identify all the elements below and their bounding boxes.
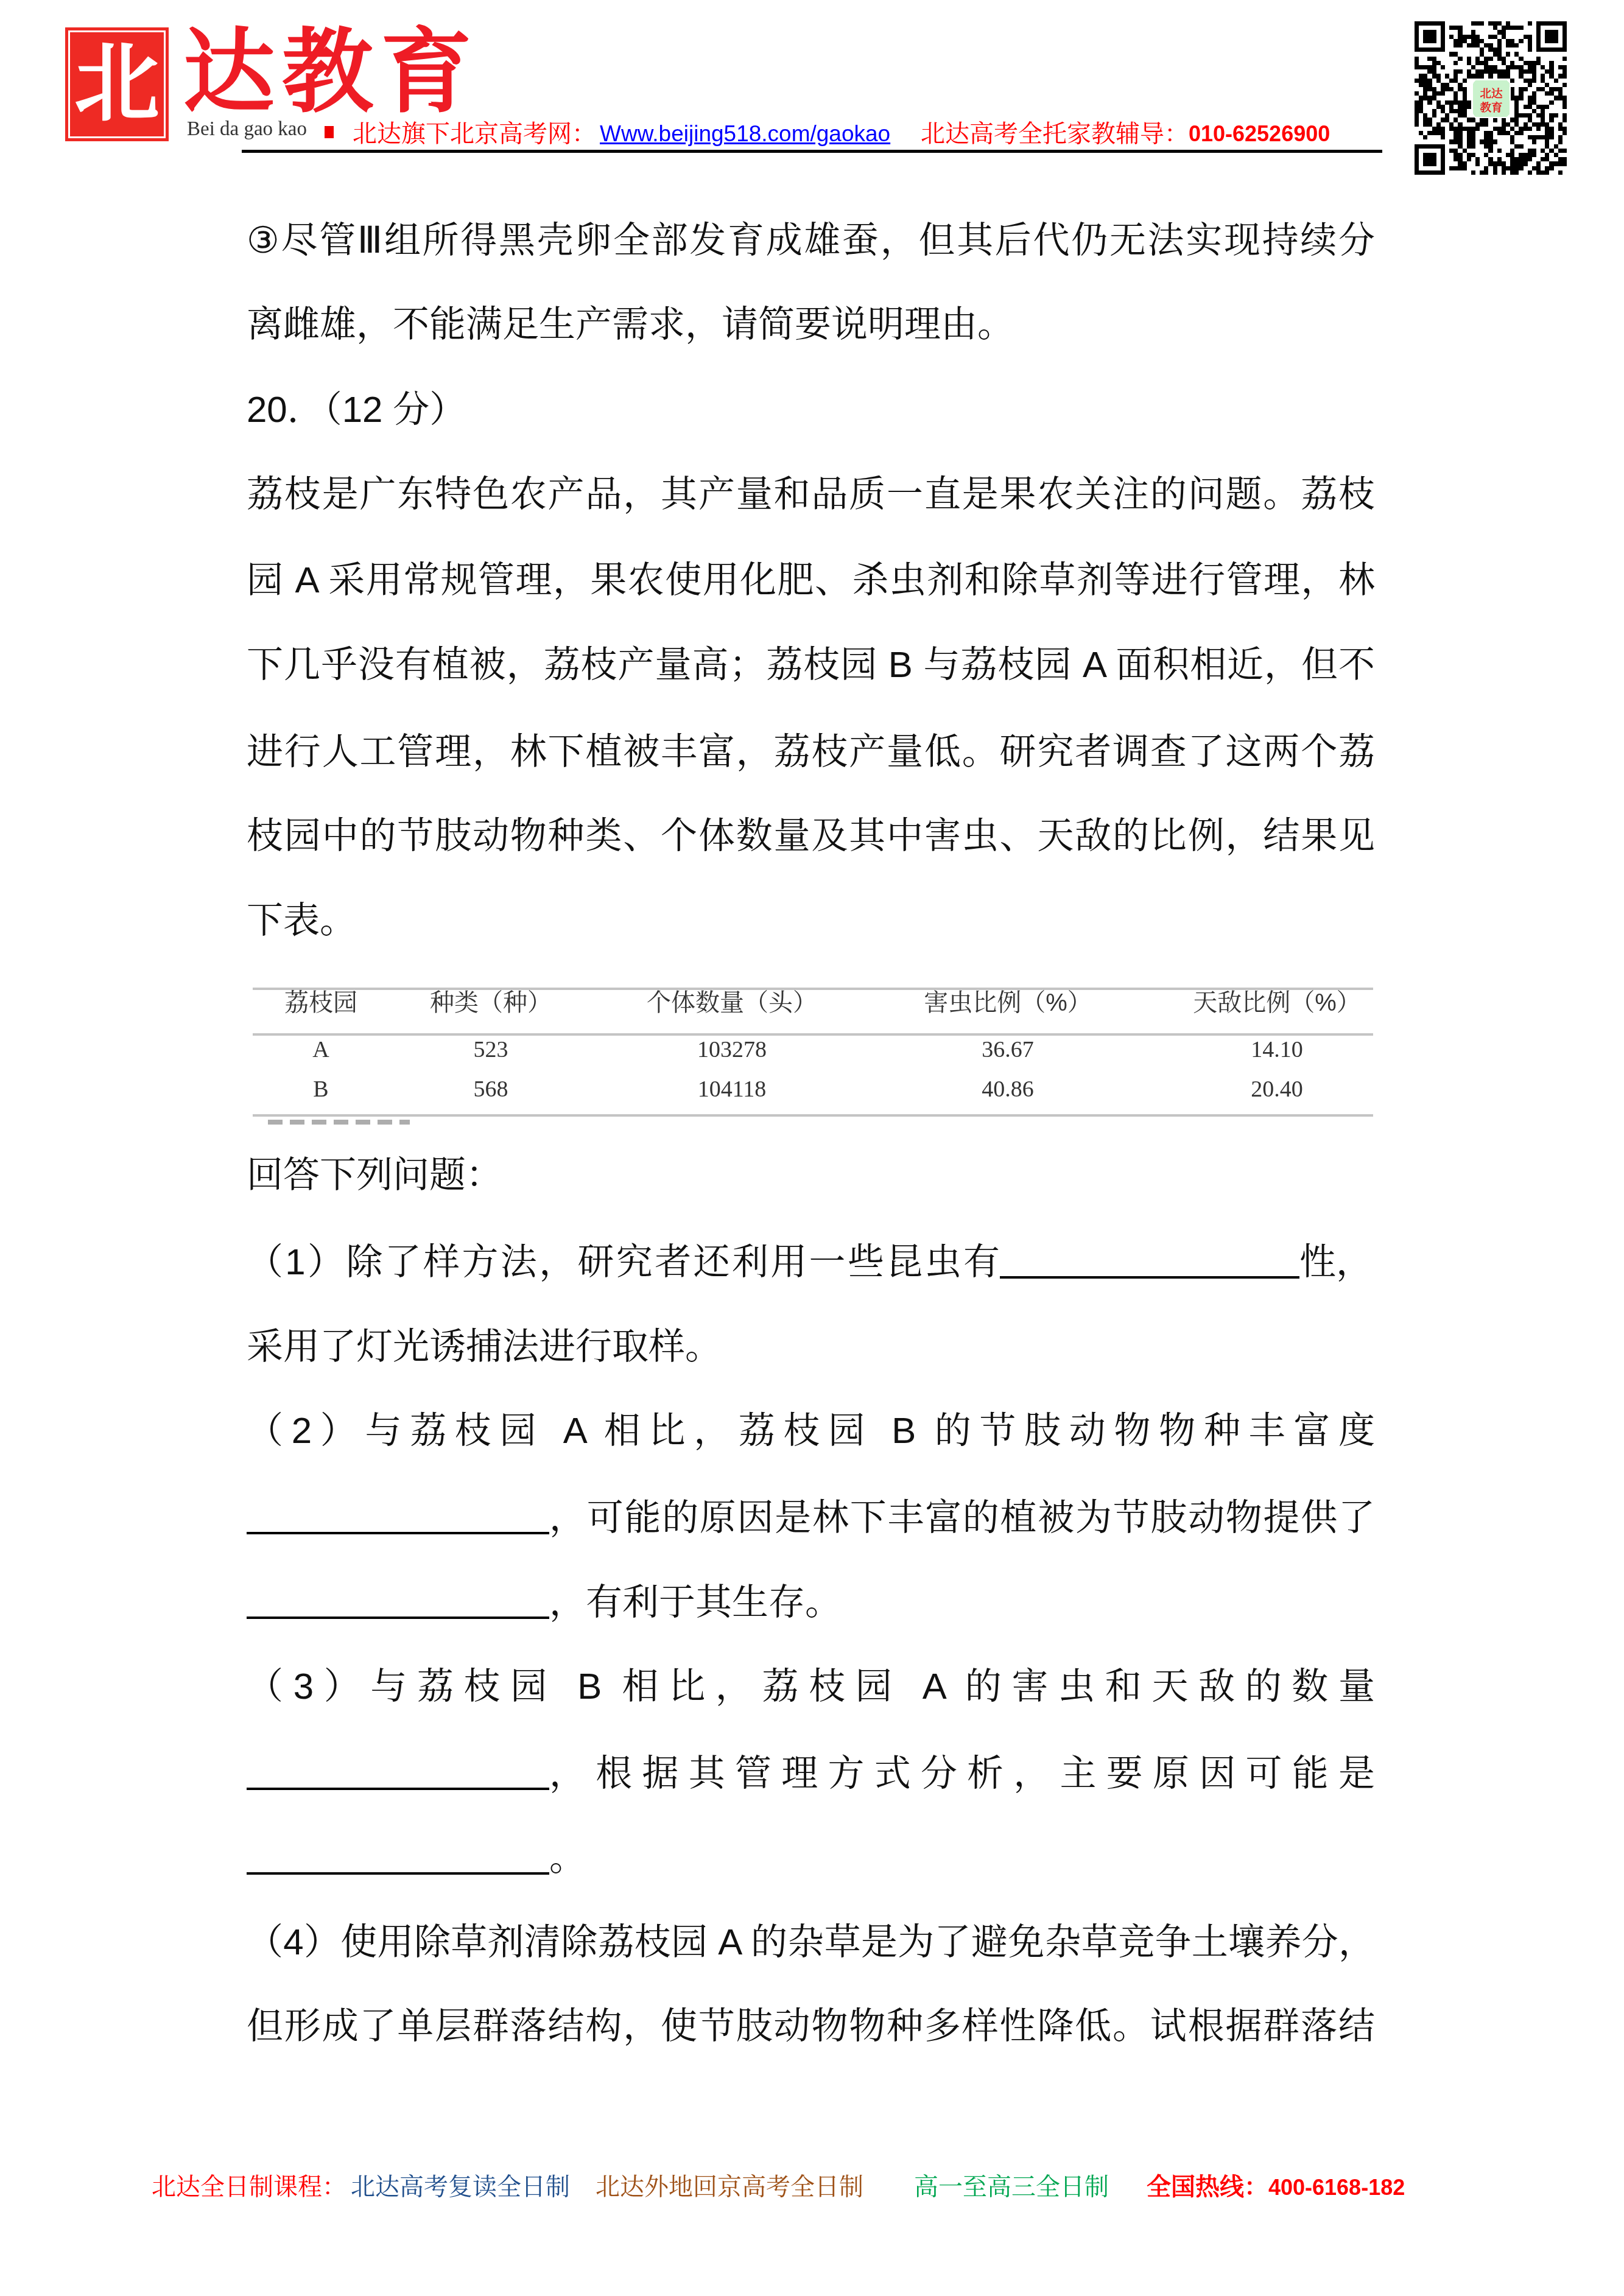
- table-cell: B: [253, 1077, 389, 1101]
- question-line: 。: [247, 1834, 1375, 1883]
- question-2-line: （2）与荔枝园 A 相比，荔枝园 B 的节肢动物物种丰富度: [247, 1406, 1375, 1455]
- passage-line: 枝园中的节肢动物种类、个体数量及其中害虫、天敌的比例，结果见: [247, 812, 1375, 860]
- site-label: 北达旗下北京高考网：: [353, 121, 596, 147]
- question-line: 但形成了单层群落结构，使节肢动物物种多样性降低。试根据群落结: [247, 2002, 1375, 2051]
- column-header-enemy-ratio: 天敌比例（%）: [1144, 991, 1410, 1015]
- column-header-individuals: 个体数量（头）: [592, 991, 871, 1015]
- passage-line: 荔枝是广东特色农产品，其产量和品质一直是果农关注的问题。荔枝: [247, 470, 1375, 519]
- answer-blank: [247, 1834, 549, 1875]
- answer-blank: [247, 1494, 549, 1534]
- footer-course-grades: 高一至高三全日制: [914, 2174, 1109, 2200]
- question-text: 。: [549, 1834, 586, 1883]
- passage-line: 下表。: [247, 896, 1375, 945]
- logo-seal-char: 北: [70, 32, 164, 136]
- question-3-line: （3）与荔枝园 B 相比，荔枝园 A 的害虫和天敌的数量: [247, 1662, 1375, 1711]
- question-number: 20．（12 分）: [247, 385, 1375, 434]
- previous-question-line: ③尽管Ⅲ组所得黑壳卵全部发育成雄蚕，但其后代仍无法实现持续分: [247, 216, 1375, 265]
- question-line: ，根据其管理方式分析，主要原因可能是: [247, 1749, 1375, 1798]
- question-4-line: （4）使用除草剂清除荔枝园 A 的杂草是为了避免杂草竞争土壤养分，: [247, 1918, 1375, 1967]
- question-text: ，根据其管理方式分析，主要原因可能是: [549, 1749, 1375, 1798]
- questions-intro: 回答下列问题：: [247, 1151, 1375, 1199]
- footer-hotline-number: 400-6168-182: [1268, 2175, 1405, 2200]
- logo-brand-text: 达教育: [183, 27, 479, 119]
- question-line: ，可能的原因是林下丰富的植被为节肢动物提供了: [247, 1494, 1375, 1542]
- question-text: ，有利于其生存。: [549, 1578, 842, 1627]
- table-cell: 523: [389, 1037, 592, 1062]
- table-cell: 103278: [592, 1037, 871, 1062]
- answer-blank: [1000, 1238, 1299, 1279]
- table-cell: 14.10: [1144, 1037, 1410, 1062]
- header-rule: [242, 150, 1382, 153]
- column-header-species: 种类（种）: [389, 991, 592, 1015]
- footer-courses-label: 北达全日制课程：: [152, 2174, 346, 2200]
- table-cell: 104118: [592, 1077, 871, 1101]
- table-cell: 20.40: [1144, 1077, 1410, 1101]
- footer-hotline: 全国热线：400-6168-182: [1147, 2174, 1405, 2200]
- answer-blank: [247, 1749, 549, 1790]
- footer-course-return: 北达外地回京高考全日制: [596, 2174, 863, 2200]
- qr-center-text-line2: 教育: [1480, 101, 1503, 114]
- table-cell: A: [253, 1037, 389, 1062]
- table-cell: 36.67: [871, 1037, 1144, 1062]
- question-text: 性，: [1299, 1238, 1373, 1287]
- passage-line: 园 A 采用常规管理，果农使用化肥、杀虫剂和除草剂等进行管理，林: [247, 556, 1375, 605]
- table-row: A 523 103278 36.67 14.10: [253, 1037, 1410, 1062]
- table-header-rule: [253, 1033, 1373, 1036]
- answer-blank: [247, 1578, 549, 1619]
- clipped-caption-remnant: [268, 1120, 410, 1125]
- survey-table: 荔枝园 种类（种） 个体数量（头） 害虫比例（%） 天敌比例（%） A 523 …: [253, 974, 1410, 1132]
- footer-course-repeat: 北达高考复读全日制: [351, 2174, 570, 2200]
- question-text: （1）除了样方法，研究者还利用一些昆虫有: [247, 1238, 1000, 1287]
- table-cell: 568: [389, 1077, 592, 1101]
- tutoring-phone: 010-62526900: [1189, 121, 1330, 147]
- table-bottom-rule: [253, 1114, 1373, 1117]
- logo-seal: 北: [65, 27, 169, 141]
- site-url-link[interactable]: Www.beijing518.com/gaokao: [600, 121, 890, 147]
- table-row: B 568 104118 40.86 20.40: [253, 1077, 1410, 1101]
- logo-pinyin: Bei da gao kao: [187, 117, 307, 141]
- column-header-orchard: 荔枝园: [253, 991, 389, 1015]
- square-bullet-icon: [325, 126, 334, 138]
- question-line: 采用了灯光诱捕法进行取样。: [247, 1322, 1375, 1371]
- passage-line: 下几乎没有植被，荔枝产量高；荔枝园 B 与荔枝园 A 面积相近，但不: [247, 641, 1375, 689]
- table-header-row: 荔枝园 种类（种） 个体数量（头） 害虫比例（%） 天敌比例（%）: [253, 991, 1410, 1015]
- question-line: ，有利于其生存。: [247, 1578, 1375, 1627]
- previous-question-line: 离雌雄，不能满足生产需求，请简要说明理由。: [247, 300, 1375, 349]
- qr-code: 北达 教育: [1415, 21, 1567, 175]
- column-header-pest-ratio: 害虫比例（%）: [871, 991, 1144, 1015]
- exam-page: 北 达教育 Bei da gao kao 北达旗下北京高考网： Www.beij…: [0, 0, 1624, 2296]
- question-1-line: （1）除了样方法，研究者还利用一些昆虫有 性，: [247, 1238, 1375, 1287]
- passage-line: 进行人工管理，林下植被丰富，荔枝产量低。研究者调查了这两个荔: [247, 728, 1375, 776]
- question-text: ，可能的原因是林下丰富的植被为节肢动物提供了: [549, 1494, 1375, 1542]
- table-cell: 40.86: [871, 1077, 1144, 1101]
- tutoring-label: 北达高考全托家教辅导：: [921, 121, 1189, 147]
- footer-hotline-label: 全国热线：: [1147, 2174, 1268, 2200]
- qr-center-text-line1: 北达: [1480, 86, 1503, 99]
